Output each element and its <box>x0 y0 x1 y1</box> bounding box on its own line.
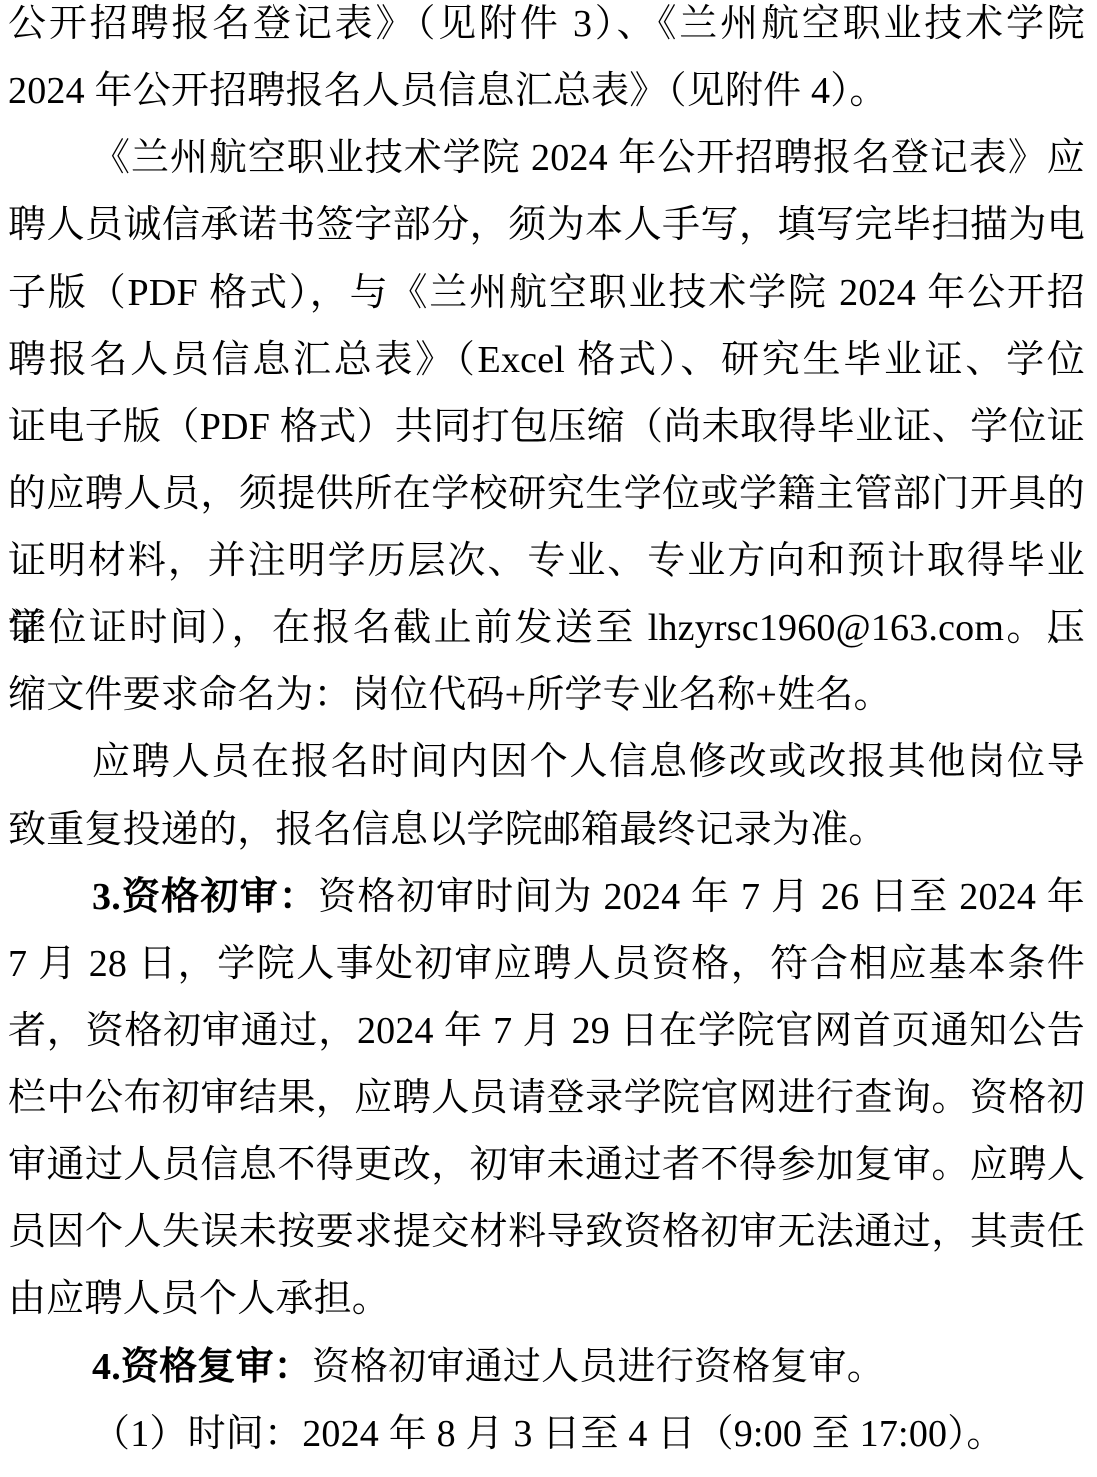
text-line: 由应聘人员个人承担。 <box>8 1266 1085 1333</box>
text-line: 2024 年公开招聘报名人员信息汇总表》（见附件 4）。 <box>8 58 1085 125</box>
document-page: 公开招聘报名登记表》（见附件 3）、《兰州航空职业技术学院2024 年公开招聘报… <box>0 0 1097 1468</box>
text-line: 学位证时间），在报名截止前发送至 lhzyrsc1960@163.com。压 <box>8 595 1085 662</box>
text-line: 栏中公布初审结果，应聘人员请登录学院官网进行查询。资格初 <box>8 1065 1085 1132</box>
text-line: 子版（PDF 格式），与《兰州航空职业技术学院 2024 年公开招 <box>8 260 1085 327</box>
text-segment: 资格初审通过人员进行资格复审。 <box>312 1346 885 1388</box>
text-line: 致重复投递的，报名信息以学院邮箱最终记录为准。 <box>8 797 1085 864</box>
text-segment: 致重复投递的，报名信息以学院邮箱最终记录为准。 <box>8 809 887 851</box>
text-segment: 审通过人员信息不得更改，初审未通过者不得参加复审。应聘人 <box>8 1144 1085 1186</box>
text-segment: 员因个人失误未按要求提交材料导致资格初审无法通过，其责任 <box>8 1211 1085 1253</box>
text-line: 3.资格初审：资格初审时间为 2024 年 7 月 26 日至 2024 年 <box>8 864 1085 931</box>
text-segment: 由应聘人员个人承担。 <box>8 1278 390 1320</box>
text-line: 证明材料，并注明学历层次、专业、专业方向和预计取得毕业证、 <box>8 528 1085 595</box>
text-segment: 聘报名人员信息汇总表》（Excel 格式）、研究生毕业证、学位 <box>8 339 1085 381</box>
text-segment: 聘人员诚信承诺书签字部分，须为本人手写，填写完毕扫描为电 <box>8 204 1085 246</box>
text-line: 《兰州航空职业技术学院 2024 年公开招聘报名登记表》应 <box>8 125 1085 192</box>
text-segment: 者，资格初审通过，2024 年 7 月 29 日在学院官网首页通知公告 <box>8 1010 1085 1052</box>
text-line: 应聘人员在报名时间内因个人信息修改或改报其他岗位导 <box>8 729 1085 796</box>
section-heading: 4.资格复审： <box>92 1346 312 1388</box>
text-segment: 7 月 28 日，学院人事处初审应聘人员资格，符合相应基本条件 <box>8 943 1085 985</box>
text-segment: 学位证时间），在报名截止前发送至 lhzyrsc1960@163.com。压 <box>8 607 1085 649</box>
text-line: 者，资格初审通过，2024 年 7 月 29 日在学院官网首页通知公告 <box>8 998 1085 1065</box>
text-segment: 的应聘人员，须提供所在学校研究生学位或学籍主管部门开具的 <box>8 473 1085 515</box>
text-segment: 应聘人员在报名时间内因个人信息修改或改报其他岗位导 <box>92 741 1085 783</box>
text-segment: 资格初审时间为 2024 年 7 月 26 日至 2024 年 <box>318 876 1085 918</box>
text-line: 公开招聘报名登记表》（见附件 3）、《兰州航空职业技术学院 <box>8 0 1085 58</box>
text-line: 聘人员诚信承诺书签字部分，须为本人手写，填写完毕扫描为电 <box>8 192 1085 259</box>
text-segment: 缩文件要求命名为：岗位代码+所学专业名称+姓名。 <box>8 674 892 716</box>
text-line: 7 月 28 日，学院人事处初审应聘人员资格，符合相应基本条件 <box>8 931 1085 998</box>
text-line: 聘报名人员信息汇总表》（Excel 格式）、研究生毕业证、学位 <box>8 327 1085 394</box>
text-segment: 公开招聘报名登记表》（见附件 3）、《兰州航空职业技术学院 <box>8 3 1085 45</box>
text-line: 员因个人失误未按要求提交材料导致资格初审无法通过，其责任 <box>8 1199 1085 1266</box>
text-line: 证电子版（PDF 格式）共同打包压缩（尚未取得毕业证、学位证 <box>8 394 1085 461</box>
text-segment: 子版（PDF 格式），与《兰州航空职业技术学院 2024 年公开招 <box>8 272 1085 314</box>
section-heading: 3.资格初审： <box>92 876 318 918</box>
text-line: 缩文件要求命名为：岗位代码+所学专业名称+姓名。 <box>8 662 1085 729</box>
text-line: 审通过人员信息不得更改，初审未通过者不得参加复审。应聘人 <box>8 1132 1085 1199</box>
text-line: 的应聘人员，须提供所在学校研究生学位或学籍主管部门开具的 <box>8 461 1085 528</box>
text-segment: 2024 年公开招聘报名人员信息汇总表》（见附件 4）。 <box>8 70 888 112</box>
text-line: 4.资格复审：资格初审通过人员进行资格复审。 <box>8 1334 1085 1401</box>
text-segment: （1）时间：2024 年 8 月 3 日至 4 日（9:00 至 17:00）。 <box>92 1413 1005 1455</box>
text-line: （1）时间：2024 年 8 月 3 日至 4 日（9:00 至 17:00）。 <box>8 1401 1085 1468</box>
text-segment: 证电子版（PDF 格式）共同打包压缩（尚未取得毕业证、学位证 <box>8 406 1085 448</box>
text-segment: 《兰州航空职业技术学院 2024 年公开招聘报名登记表》应 <box>92 137 1085 179</box>
text-segment: 栏中公布初审结果，应聘人员请登录学院官网进行查询。资格初 <box>8 1077 1085 1119</box>
